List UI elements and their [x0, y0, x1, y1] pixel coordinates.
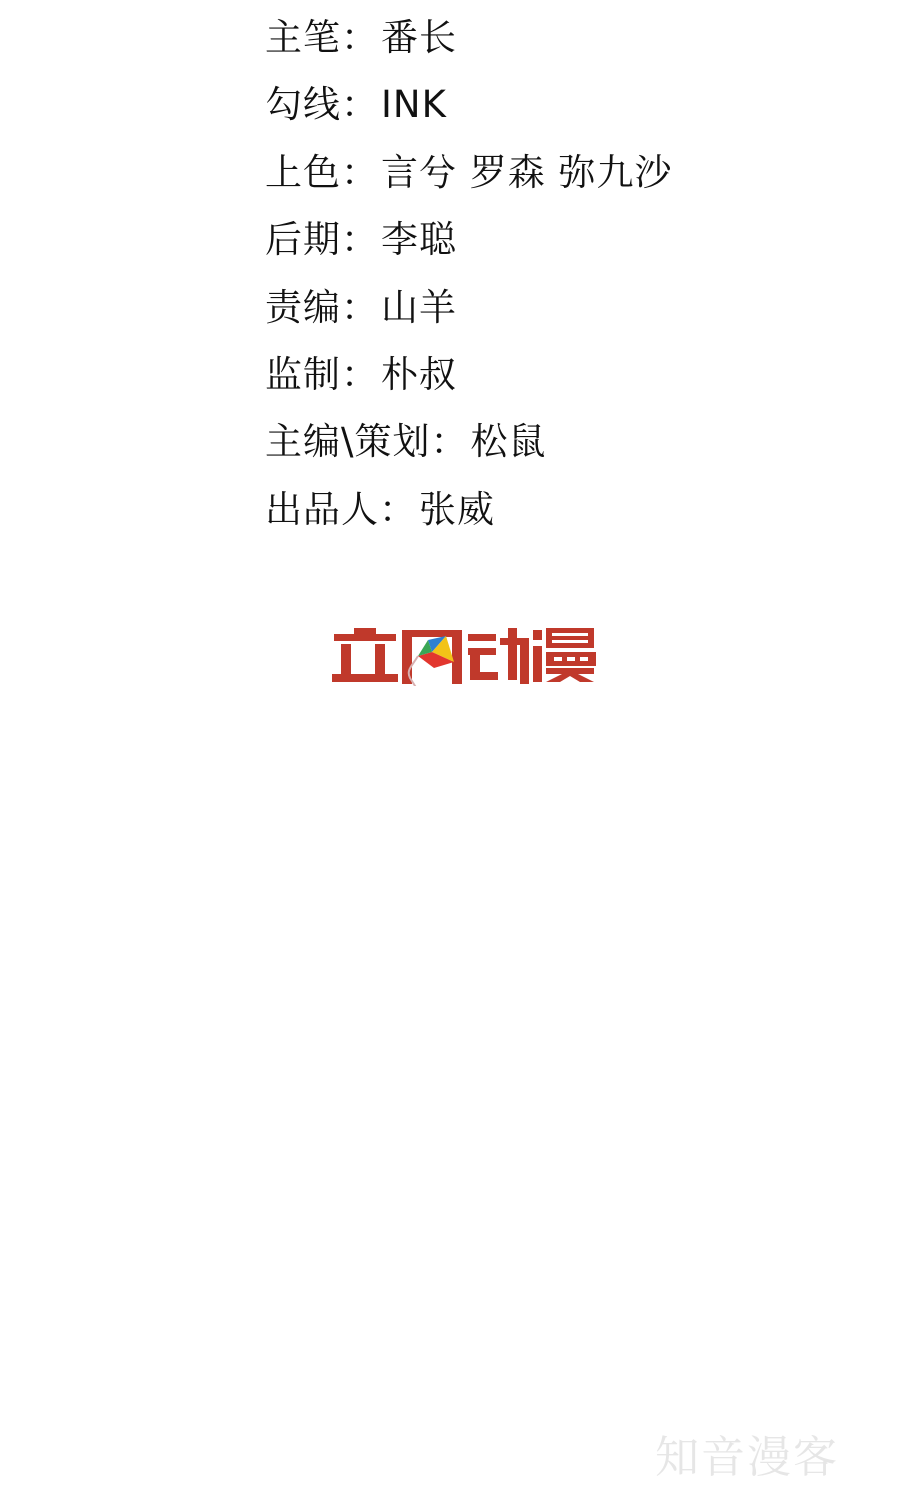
credit-value: 松鼠: [470, 420, 546, 464]
credit-separator: ：: [430, 420, 470, 464]
credit-separator: ：: [341, 151, 381, 195]
credit-line-inking: 勾线：INK: [265, 83, 673, 150]
credit-separator: ：: [341, 286, 381, 330]
credit-label: 上色: [265, 151, 341, 195]
studio-logo: [332, 626, 598, 686]
credit-label: 出品人: [265, 488, 379, 532]
credit-label: 主笔: [265, 16, 341, 60]
credit-line-coloring: 上色：言兮 罗森 弥九沙: [265, 151, 673, 218]
credit-separator: ：: [341, 16, 381, 60]
credit-label: 监制: [265, 353, 341, 397]
credit-line-chief-editor: 主编\策划：松鼠: [265, 420, 673, 487]
credit-line-supervisor: 监制：朴叔: [265, 353, 673, 420]
credit-line-editor: 责编：山羊: [265, 286, 673, 353]
watermark: 知音漫客: [655, 1432, 839, 1484]
credit-line-producer: 出品人：张威: [265, 488, 673, 555]
credit-line-lead-artist: 主笔：番长: [265, 16, 673, 83]
credit-value: 番长: [381, 16, 457, 60]
studio-logo-icon: [332, 626, 598, 686]
credit-line-post-production: 后期：李聪: [265, 218, 673, 285]
credit-label: 责编: [265, 286, 341, 330]
credit-value: 朴叔: [381, 353, 457, 397]
credit-separator: ：: [379, 488, 419, 532]
credit-value: 李聪: [381, 218, 457, 262]
credit-separator: ：: [341, 353, 381, 397]
credit-label: 后期: [265, 218, 341, 262]
credit-separator: ：: [341, 83, 381, 127]
credit-value: 言兮 罗森 弥九沙: [381, 151, 673, 195]
credit-label: 主编\策划: [265, 420, 430, 464]
credit-value: 张威: [419, 488, 495, 532]
credit-value: INK: [381, 83, 447, 127]
credit-separator: ：: [341, 218, 381, 262]
credits-list: 主笔：番长 勾线：INK 上色：言兮 罗森 弥九沙 后期：李聪 责编：山羊 监制…: [265, 16, 673, 555]
credit-value: 山羊: [381, 286, 457, 330]
credit-label: 勾线: [265, 83, 341, 127]
